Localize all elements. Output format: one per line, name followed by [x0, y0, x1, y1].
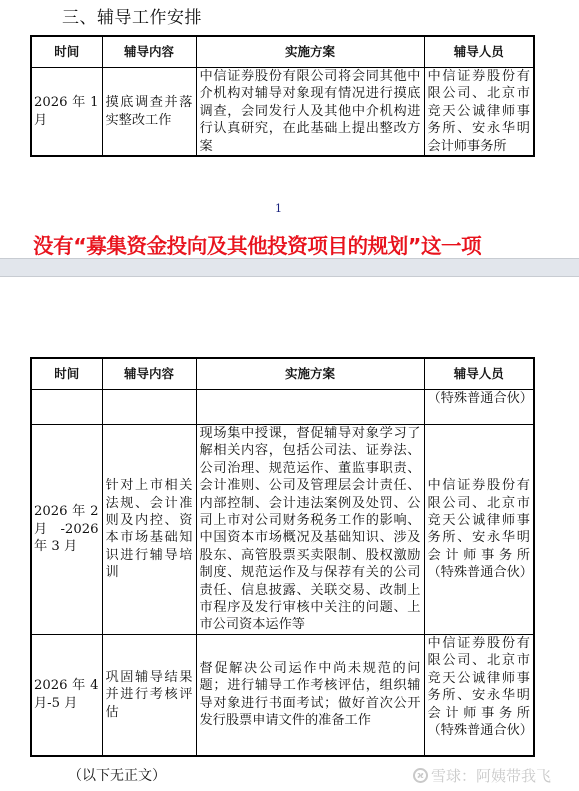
xueqiu-logo-icon: ϰ — [413, 768, 428, 783]
page-number: 1 — [275, 202, 282, 215]
cell-plan — [196, 390, 424, 425]
header-content: 辅导内容 — [102, 36, 196, 68]
header-plan: 实施方案 — [196, 358, 424, 390]
table-row: 2026 年 2 月-2026 年 3 月 针对上市相关法规、会计准则及内控、资… — [31, 425, 534, 635]
header-plan: 实施方案 — [196, 36, 424, 68]
coaching-schedule-table-page1: 时间 辅导内容 实施方案 辅导人员 2026 年 1 月 摸底调查并落实整改工作… — [30, 35, 535, 157]
table-row: 2026 年 1 月 摸底调查并落实整改工作 中信证券股份有限公司将会同其他中介… — [31, 68, 534, 157]
header-staff: 辅导人员 — [424, 358, 534, 390]
cell-time: 2026 年 4 月-5 月 — [31, 634, 102, 756]
cell-staff: （特殊普通合伙） — [424, 390, 534, 425]
header-staff: 辅导人员 — [424, 36, 534, 68]
table-header-row: 时间 辅导内容 实施方案 辅导人员 — [31, 36, 534, 68]
cell-plan: 现场集中授课，督促辅导对象学习了解相关内容，包括公司法、证券法、公司治理、规范运… — [196, 425, 424, 635]
watermark-text: 雪球：阿姨带我飞 — [431, 765, 551, 786]
header-time: 时间 — [31, 358, 102, 390]
table-header-row: 时间 辅导内容 实施方案 辅导人员 — [31, 358, 534, 390]
cell-content: 巩固辅导结果并进行考核评估 — [102, 634, 196, 756]
watermark: ϰ 雪球：阿姨带我飞 — [413, 765, 551, 786]
cell-content: 针对上市相关法规、会计准则及内控、资本市场基础知识进行辅导培训 — [102, 425, 196, 635]
cell-content: 摸底调查并落实整改工作 — [102, 68, 196, 157]
coaching-schedule-table-page2: 时间 辅导内容 实施方案 辅导人员 （特殊普通合伙） 2026 年 2 月-20… — [30, 357, 535, 757]
cell-staff: 中信证券股份有限公司、北京市竞天公诚律师事务所、安永华明会计师事务所 — [424, 68, 534, 157]
cell-content — [102, 390, 196, 425]
table-row-continuation: （特殊普通合伙） — [31, 390, 534, 425]
page-separator — [0, 258, 579, 277]
section-title: 三、辅导工作安排 — [62, 3, 202, 28]
table-row: 2026 年 4 月-5 月 巩固辅导结果并进行考核评估 督促解决公司运作中尚未… — [31, 634, 534, 756]
footer-note: （以下无正文） — [68, 765, 166, 785]
cell-plan: 中信证券股份有限公司将会同其他中介机构对辅导对象现有情况进行摸底调查，会同发行人… — [196, 68, 424, 157]
cell-time — [31, 390, 102, 425]
header-time: 时间 — [31, 36, 102, 68]
cell-plan: 督促解决公司运作中尚未规范的问题；进行辅导工作考核评估，组织辅导对象进行书面考试… — [196, 634, 424, 756]
cell-staff: 中信证券股份有限公司、北京市竞天公诚律师事务所、安永华明会计师事务所（特殊普通合… — [424, 425, 534, 635]
cell-staff: 中信证券股份有限公司、北京市竞天公诚律师事务所、安永华明会计师事务所（特殊普通合… — [424, 634, 534, 756]
red-annotation: 没有“募集资金投向及其他投资项目的规划”这一项 — [33, 229, 481, 259]
header-content: 辅导内容 — [102, 358, 196, 390]
cell-time: 2026 年 1 月 — [31, 68, 102, 157]
cell-time: 2026 年 2 月-2026 年 3 月 — [31, 425, 102, 635]
